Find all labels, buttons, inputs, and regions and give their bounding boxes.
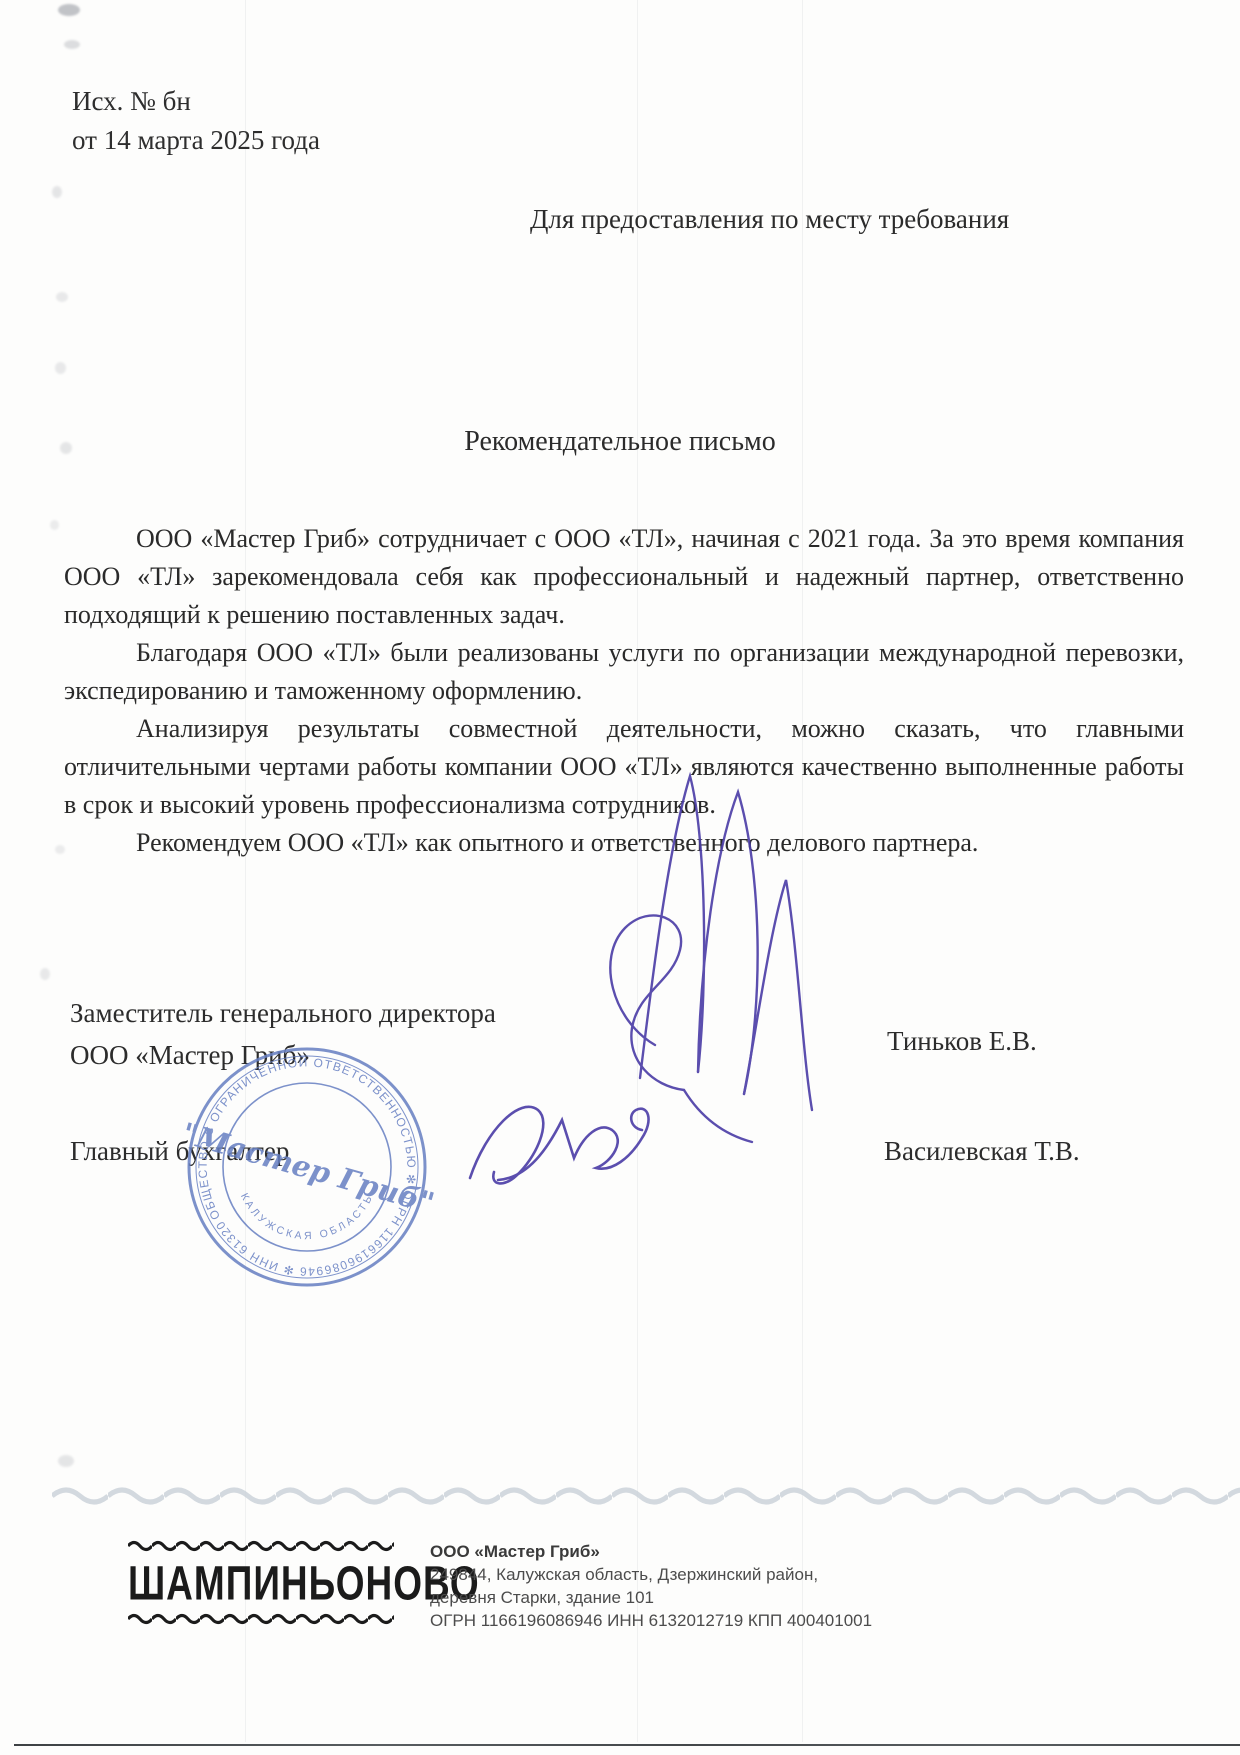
scan-artifact: [64, 40, 80, 49]
logo-wordmark: ШАМПИНЬОНОВО: [128, 1557, 394, 1612]
scan-artifact: [60, 442, 72, 454]
logo-wave-bottom: [128, 1611, 394, 1625]
director-signature: [610, 776, 812, 1142]
footer-address-line2: деревня Старки, здание 101: [430, 1586, 872, 1609]
scan-artifact: [52, 186, 62, 198]
scan-artifact: [55, 845, 65, 854]
scan-artifact: [56, 292, 68, 302]
accountant-signature: [470, 1107, 649, 1184]
logo-wave-top: [128, 1538, 394, 1552]
footer-logo: ШАМПИНЬОНОВО: [128, 1538, 394, 1630]
footer-registration: ОГРН 1166196086946 ИНН 6132012719 КПП 40…: [430, 1609, 872, 1632]
footer-company-name: ООО «Мастер Гриб»: [430, 1540, 872, 1563]
scan-artifact: [58, 1455, 74, 1467]
document-page: Исх. № бн от 14 марта 2025 года Для пред…: [0, 0, 1240, 1755]
footer-company-info: ООО «Мастер Гриб» 249844, Калужская обла…: [430, 1540, 872, 1632]
wave-divider: [52, 1482, 1240, 1508]
scan-edge-line: [14, 1744, 1240, 1746]
footer-address-line1: 249844, Калужская область, Дзержинский р…: [430, 1563, 872, 1586]
scan-artifact: [55, 362, 66, 374]
scan-artifact: [50, 520, 59, 530]
scan-artifact: [58, 4, 80, 16]
scan-artifact: [40, 968, 50, 980]
